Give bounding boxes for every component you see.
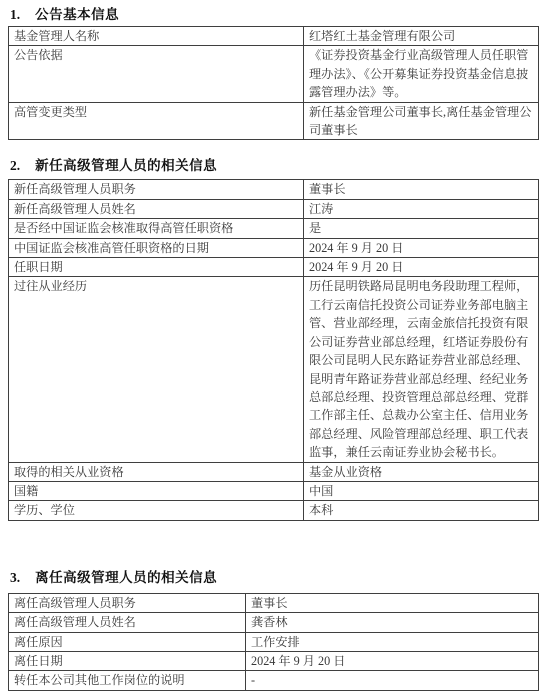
section-3-number: 3. — [10, 569, 20, 586]
field-value: 江涛 — [304, 199, 539, 218]
field-value: 董事长 — [304, 180, 539, 199]
section-3-heading: 3.离任高级管理人员的相关信息 — [10, 569, 538, 586]
section-1-title: 公告基本信息 — [35, 7, 119, 22]
field-label: 中国证监会核准高管任职资格的日期 — [9, 238, 304, 257]
field-label: 转任本公司其他工作岗位的说明 — [9, 671, 246, 690]
field-value: 2024 年 9 月 20 日 — [304, 258, 539, 277]
field-value: 红塔红土基金管理有限公司 — [304, 27, 539, 46]
field-label: 基金管理人名称 — [9, 27, 304, 46]
field-label: 新任高级管理人员姓名 — [9, 199, 304, 218]
section-1-heading: 1.公告基本信息 — [10, 6, 538, 23]
table-row: 新任高级管理人员职务 董事长 — [9, 180, 539, 199]
field-value: 新任基金管理公司董事长,离任基金管理公司董事长 — [304, 102, 539, 140]
field-label: 公告依据 — [9, 46, 304, 102]
field-label: 是否经中国证监会核准取得高管任职资格 — [9, 219, 304, 238]
field-value: 董事长 — [246, 593, 539, 612]
table-row: 离任原因 工作安排 — [9, 632, 539, 651]
field-value: 中国 — [304, 481, 539, 500]
field-value: 本科 — [304, 501, 539, 520]
section-2-table: 新任高级管理人员职务 董事长 新任高级管理人员姓名 江涛 是否经中国证监会核准取… — [8, 179, 539, 520]
field-value: 2024 年 9 月 20 日 — [246, 651, 539, 670]
field-label: 离任高级管理人员姓名 — [9, 613, 246, 632]
field-label: 离任日期 — [9, 651, 246, 670]
section-3-table: 离任高级管理人员职务 董事长 离任高级管理人员姓名 龚香林 离任原因 工作安排 … — [8, 593, 539, 691]
section-1-number: 1. — [10, 6, 20, 23]
field-value: 是 — [304, 219, 539, 238]
table-row: 国籍 中国 — [9, 481, 539, 500]
field-value: 历任昆明铁路局昆明电务段助理工程师，工行云南信托投资公司证券业务部电脑主管、营业… — [304, 277, 539, 462]
section-2-number: 2. — [10, 157, 20, 174]
field-value: - — [246, 671, 539, 690]
field-label: 过往从业经历 — [9, 277, 304, 462]
table-row: 学历、学位 本科 — [9, 501, 539, 520]
table-row: 转任本公司其他工作岗位的说明 - — [9, 671, 539, 690]
table-row: 离任日期 2024 年 9 月 20 日 — [9, 651, 539, 670]
table-row: 公告依据 《证券投资基金行业高级管理人员任职管理办法》、《公开募集证券投资基金信… — [9, 46, 539, 102]
announcement-document: 1.公告基本信息 基金管理人名称 红塔红土基金管理有限公司 公告依据 《证券投资… — [0, 0, 550, 692]
field-label: 新任高级管理人员职务 — [9, 180, 304, 199]
table-row: 离任高级管理人员姓名 龚香林 — [9, 613, 539, 632]
section-3-title: 离任高级管理人员的相关信息 — [35, 570, 217, 585]
table-row: 基金管理人名称 红塔红土基金管理有限公司 — [9, 27, 539, 46]
table-row: 离任高级管理人员职务 董事长 — [9, 593, 539, 612]
field-value: 《证券投资基金行业高级管理人员任职管理办法》、《公开募集证券投资基金信息披露管理… — [304, 46, 539, 102]
section-1-table: 基金管理人名称 红塔红土基金管理有限公司 公告依据 《证券投资基金行业高级管理人… — [8, 26, 539, 140]
field-value: 2024 年 9 月 20 日 — [304, 238, 539, 257]
field-label: 离任高级管理人员职务 — [9, 593, 246, 612]
table-row: 取得的相关从业资格 基金从业资格 — [9, 462, 539, 481]
section-2-title: 新任高级管理人员的相关信息 — [35, 158, 217, 173]
table-row: 是否经中国证监会核准取得高管任职资格 是 — [9, 219, 539, 238]
table-row: 新任高级管理人员姓名 江涛 — [9, 199, 539, 218]
field-label: 国籍 — [9, 481, 304, 500]
table-row: 过往从业经历 历任昆明铁路局昆明电务段助理工程师，工行云南信托投资公司证券业务部… — [9, 277, 539, 462]
field-label: 学历、学位 — [9, 501, 304, 520]
field-label: 取得的相关从业资格 — [9, 462, 304, 481]
field-value: 工作安排 — [246, 632, 539, 651]
section-2-heading: 2.新任高级管理人员的相关信息 — [10, 157, 538, 174]
table-row: 中国证监会核准高管任职资格的日期 2024 年 9 月 20 日 — [9, 238, 539, 257]
table-row: 任职日期 2024 年 9 月 20 日 — [9, 258, 539, 277]
table-row: 高管变更类型 新任基金管理公司董事长,离任基金管理公司董事长 — [9, 102, 539, 140]
field-label: 高管变更类型 — [9, 102, 304, 140]
field-label: 任职日期 — [9, 258, 304, 277]
field-value: 龚香林 — [246, 613, 539, 632]
field-label: 离任原因 — [9, 632, 246, 651]
field-value: 基金从业资格 — [304, 462, 539, 481]
